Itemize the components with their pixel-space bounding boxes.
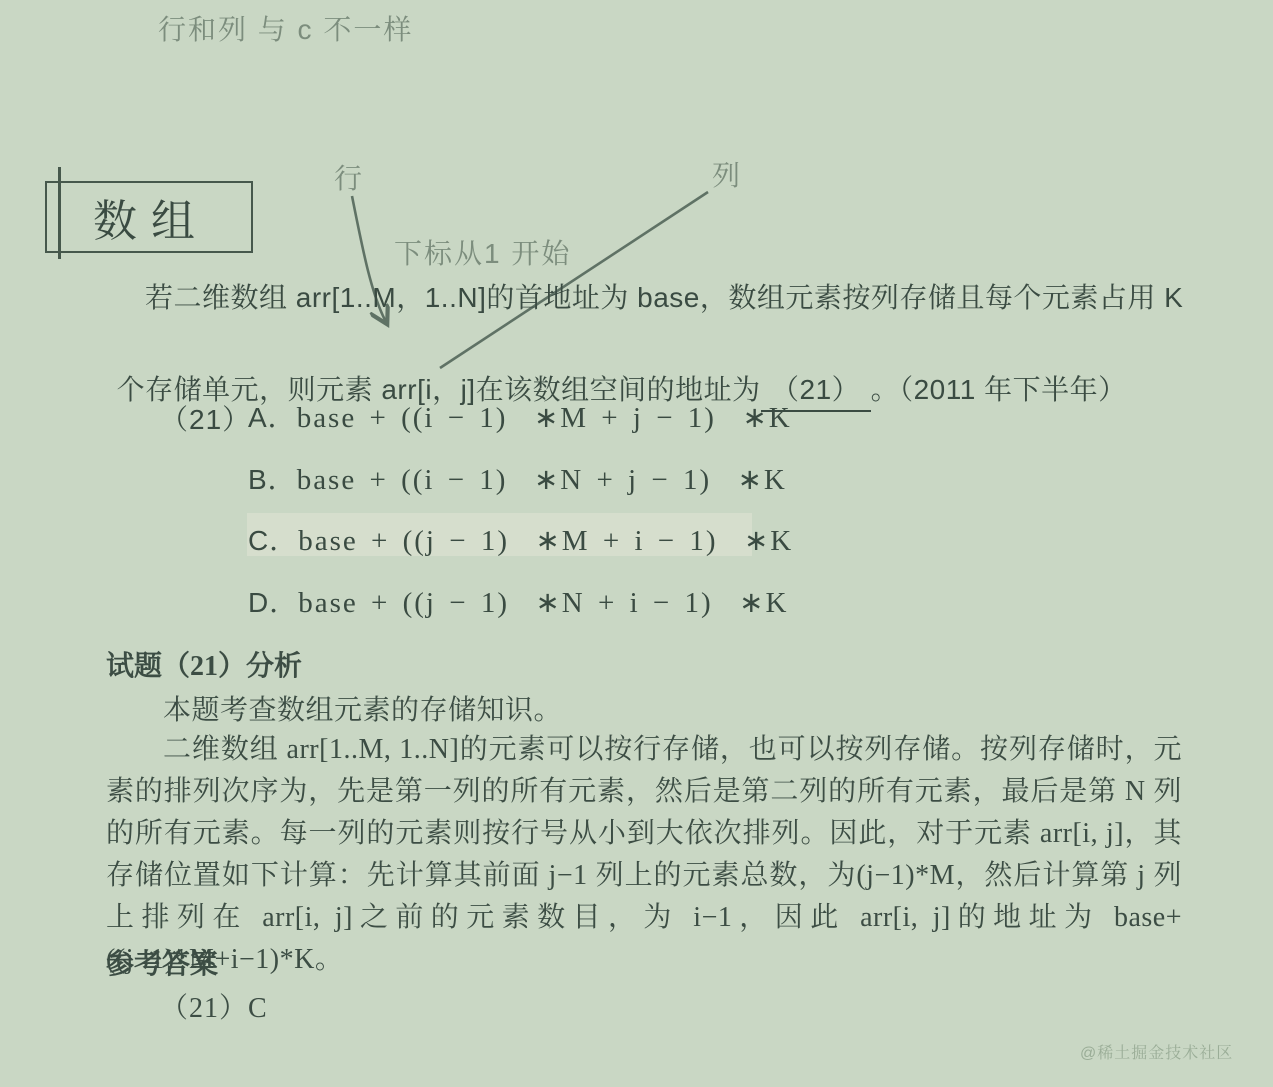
question-number: （21）: [160, 398, 251, 438]
option-b-label: B．: [248, 464, 297, 495]
analysis-heading: 试题（21）分析: [106, 644, 302, 684]
answer-heading: 参考答案: [106, 942, 218, 982]
analysis-intro: 本题考查数组元素的存储知识。: [163, 688, 562, 728]
option-b-formula: base + ((i − 1) ∗N + j − 1) ∗K: [297, 464, 787, 496]
option-d-formula: base + ((j − 1) ∗N + i − 1) ∗K: [298, 587, 788, 619]
row-annotation-label: 行: [334, 157, 364, 197]
option-a-formula: base + ((i − 1) ∗M + j − 1) ∗K: [297, 402, 792, 434]
column-annotation-label: 列: [712, 154, 742, 194]
option-c-label: C．: [248, 525, 298, 556]
question-line-2-tail: 。（2011 年下半年）: [871, 374, 1127, 405]
option-a-label: A．: [248, 402, 297, 433]
watermark: @稀土掘金技术社区: [1080, 1040, 1233, 1063]
subscript-annotation: 下标从1 开始: [394, 232, 571, 272]
option-d: D．base + ((j − 1) ∗N + i − 1) ∗K: [248, 581, 788, 621]
page-title: 数组: [47, 185, 209, 249]
title-box: 数组: [45, 181, 253, 253]
option-c: C．base + ((j − 1) ∗M + i − 1) ∗K: [248, 519, 793, 559]
option-c-formula: base + ((j − 1) ∗M + i − 1) ∗K: [298, 525, 793, 557]
analysis-body: 二维数组 arr[1..M, 1..N]的元素可以按行存储，也可以按列存储。按列…: [106, 729, 1182, 981]
option-b: B．base + ((i − 1) ∗N + j − 1) ∗K: [248, 458, 787, 498]
answer-text: （21）C: [160, 986, 268, 1026]
question-line-1: 若二维数组 arr[1..M，1..N]的首地址为 base，数组元素按列存储且…: [145, 276, 1183, 316]
option-d-label: D．: [248, 587, 298, 618]
top-annotation: 行和列 与 c 不一样: [158, 8, 413, 48]
notes-page: { "annotations": { "top_note": "行和列 与 c …: [0, 0, 1273, 1087]
option-a: A．base + ((i − 1) ∗M + j − 1) ∗K: [248, 396, 792, 436]
